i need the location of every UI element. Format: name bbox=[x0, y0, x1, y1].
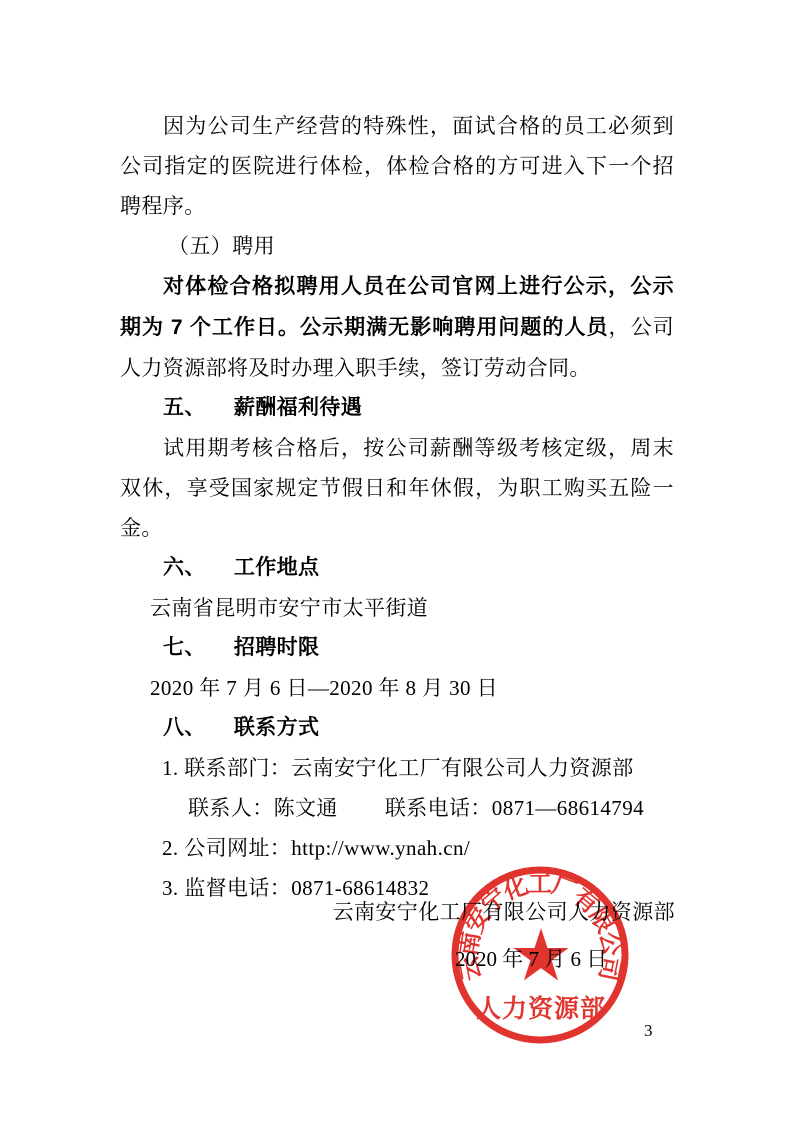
heading-location-title: 工作地点 bbox=[234, 556, 320, 579]
page-number: 3 bbox=[644, 1020, 653, 1042]
heading-period-number: 七、 bbox=[163, 636, 206, 659]
document-body: 因为公司生产经营的特殊性，面试合格的员工必须到公司指定的医院进行体检，体检合格的… bbox=[120, 106, 674, 908]
heading-location: 六、工作地点 bbox=[120, 548, 674, 588]
heading-location-number: 六、 bbox=[163, 556, 206, 579]
heading-salary-number: 五、 bbox=[163, 396, 206, 419]
paragraph-location-address: 云南省昆明市安宁市太平街道 bbox=[120, 588, 674, 628]
heading-contact-number: 八、 bbox=[163, 716, 206, 739]
heading-contact: 八、联系方式 bbox=[120, 708, 674, 748]
heading-period-title: 招聘时限 bbox=[234, 636, 320, 659]
official-seal-stamp: 云南安宁化工厂有限公司 人力资源部 bbox=[448, 863, 632, 1047]
seal-bottom-text: 人力资源部 bbox=[476, 994, 606, 1023]
contact-department-line: 1. 联系部门：云南安宁化工厂有限公司人力资源部 bbox=[120, 748, 674, 788]
document-page: 因为公司生产经营的特殊性，面试合格的员工必须到公司指定的医院进行体检，体检合格的… bbox=[0, 0, 794, 1123]
paragraph-salary: 试用期考核合格后，按公司薪酬等级考核定级，周末双休，享受国家规定节假日和年休假，… bbox=[120, 428, 674, 548]
seal-star-icon bbox=[513, 928, 568, 981]
contact-website-line: 2. 公司网址：http://www.ynah.cn/ bbox=[120, 828, 674, 868]
paragraph-period-dates: 2020 年 7 月 6 日—2020 年 8 月 30 日 bbox=[120, 668, 674, 708]
heading-contact-title: 联系方式 bbox=[234, 716, 320, 739]
paragraph-physical-exam: 因为公司生产经营的特殊性，面试合格的员工必须到公司指定的医院进行体检，体检合格的… bbox=[120, 106, 674, 226]
heading-salary-title: 薪酬福利待遇 bbox=[234, 396, 362, 419]
paragraph-hiring-bold-run: 对体检合格拟聘用人员在公司官网上进行公示，公示期为 7 个工作日。公示期满无影响… bbox=[120, 275, 674, 339]
contact-phone: 联系电话：0871—68614794 bbox=[385, 796, 644, 820]
contact-person: 联系人：陈文通 bbox=[188, 796, 338, 820]
heading-salary: 五、薪酬福利待遇 bbox=[120, 388, 674, 428]
heading-period: 七、招聘时限 bbox=[120, 628, 674, 668]
contact-person-line: 联系人：陈文通联系电话：0871—68614794 bbox=[120, 788, 674, 828]
paragraph-hiring: 对体检合格拟聘用人员在公司官网上进行公示，公示期为 7 个工作日。公示期满无影响… bbox=[120, 266, 674, 388]
sub-heading-hiring: （五）聘用 bbox=[120, 226, 674, 266]
